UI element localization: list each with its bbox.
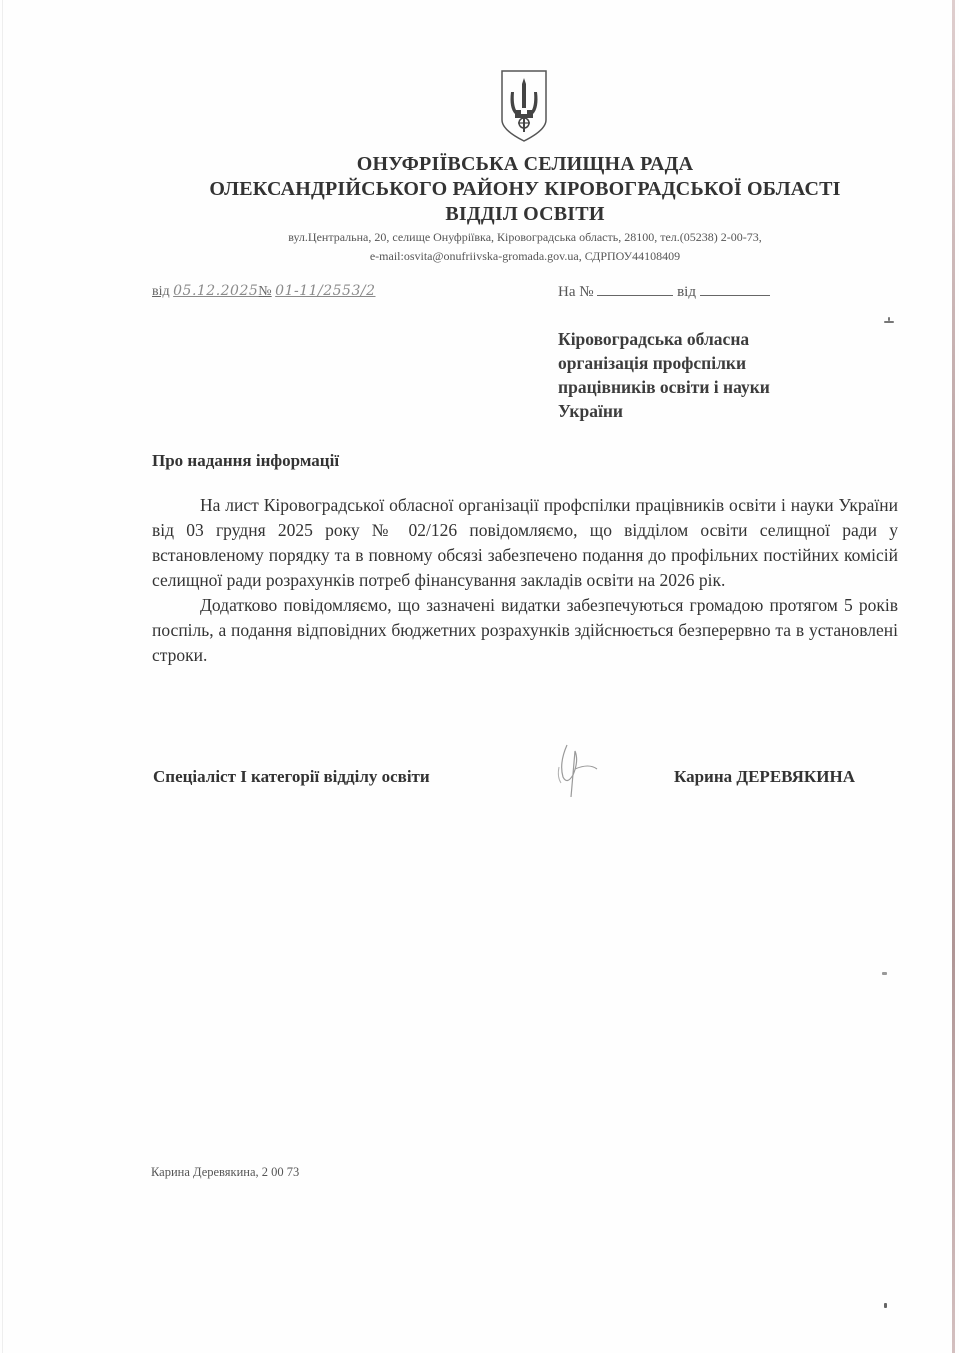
recipient-block: Кіровоградська обласна організація профс… xyxy=(558,327,858,423)
scan-speck xyxy=(882,972,887,975)
body-paragraph: Додатково повідомляємо, що зазначені вид… xyxy=(152,593,898,668)
recipient-line: організація профспілки xyxy=(558,351,858,375)
reply-number-blank xyxy=(597,283,673,296)
handwritten-date: 05.12.2025 xyxy=(173,283,258,299)
number-label: № xyxy=(258,284,271,299)
handwritten-signature-icon xyxy=(545,733,615,803)
recipient-line: України xyxy=(558,399,858,423)
reply-from-label: від xyxy=(677,284,696,300)
scan-left-edge xyxy=(2,0,3,1353)
letter-body: На лист Кіровоградської обласної організ… xyxy=(152,493,898,668)
address-line: вул.Центральна, 20, селище Онуфріївка, К… xyxy=(150,229,900,246)
recipient-line: працівників освіти і науки xyxy=(558,375,858,399)
body-paragraph: На лист Кіровоградської обласної організ… xyxy=(152,493,898,593)
handwritten-number: 01-11/2553/2 xyxy=(275,283,375,299)
signatory-position: Спеціаліст I категорії відділу освіти xyxy=(153,767,430,787)
scan-speck xyxy=(888,317,890,321)
trident-emblem-icon xyxy=(499,68,549,144)
letterhead: ОНУФРІЇВСЬКА СЕЛИЩНА РАДА ОЛЕКСАНДРІЙСЬК… xyxy=(150,152,900,265)
reply-date-blank xyxy=(700,283,770,296)
reply-reference: На № від xyxy=(558,283,770,301)
from-label: від xyxy=(152,284,170,299)
department-name: ВІДДІЛ ОСВІТИ xyxy=(150,202,900,227)
signatory-name: Карина ДЕРЕВЯКИНА xyxy=(674,767,855,787)
executor-note: Карина Деревякина, 2 00 73 xyxy=(151,1165,299,1180)
council-name: ОНУФРІЇВСЬКА СЕЛИЩНА РАДА xyxy=(150,152,900,177)
district-region: ОЛЕКСАНДРІЙСЬКОГО РАЙОНУ КІРОВОГРАДСЬКОЇ… xyxy=(150,177,900,202)
letter-page: ОНУФРІЇВСЬКА СЕЛИЩНА РАДА ОЛЕКСАНДРІЙСЬК… xyxy=(0,0,959,1353)
letter-subject: Про надання інформації xyxy=(152,451,339,471)
scan-right-edge xyxy=(952,0,955,1353)
reply-to-label: На № xyxy=(558,284,594,300)
scan-speck xyxy=(884,321,894,323)
outgoing-reference: від 05.12.2025№ 01-11/2553/2 xyxy=(152,283,376,300)
recipient-line: Кіровоградська обласна xyxy=(558,327,858,351)
contacts-line: e-mail:osvita@onufriivska-gromada.gov.ua… xyxy=(150,248,900,265)
scan-speck xyxy=(884,1303,887,1308)
